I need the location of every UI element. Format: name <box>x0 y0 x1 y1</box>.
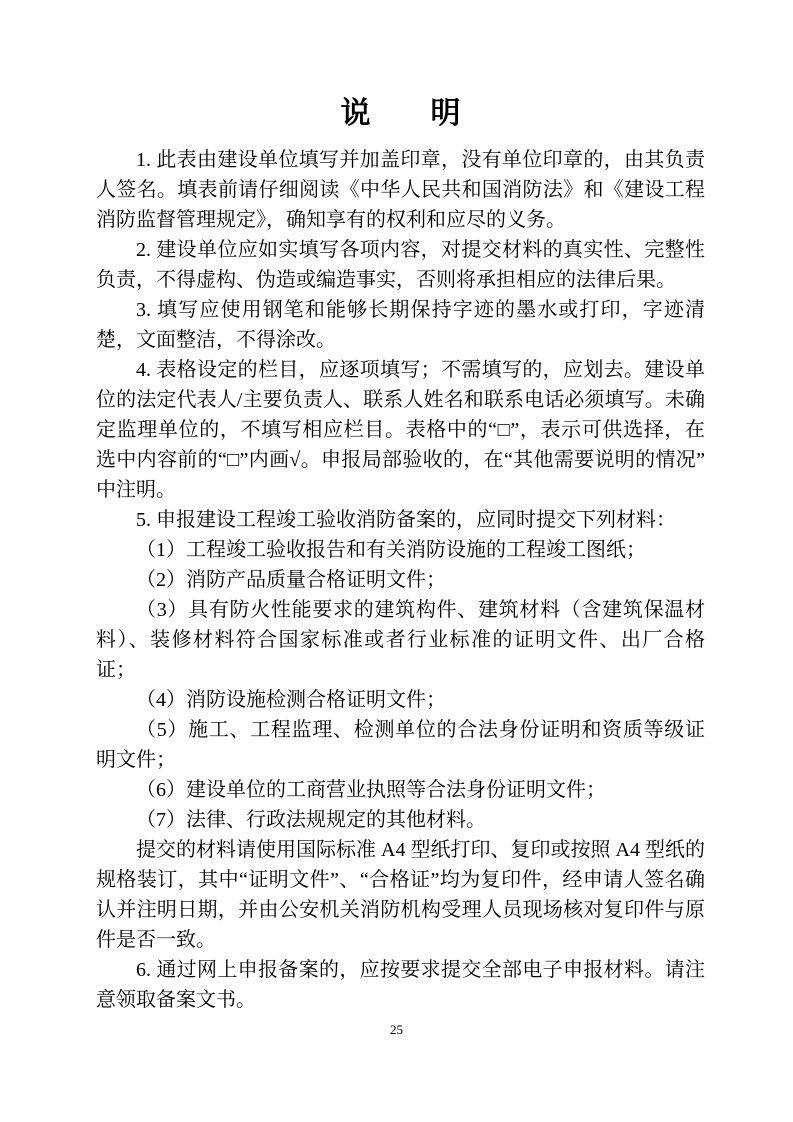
material-item-5: （5）施工、工程监理、检测单位的合法身份证明和资质等级证明文件； <box>96 715 705 775</box>
note-3: 3. 填写应使用钢笔和能够长期保持字迹的墨水或打印，字迹清楚，文面整洁，不得涂改… <box>96 295 705 355</box>
material-item-6: （6）建设单位的工商营业执照等合法身份证明文件； <box>96 775 705 805</box>
note-2: 2. 建设单位应如实填写各项内容，对提交材料的真实性、完整性负责，不得虚构、伪造… <box>96 235 705 295</box>
material-item-4: （4）消防设施检测合格证明文件； <box>96 685 705 715</box>
page-number: 25 <box>0 1022 793 1038</box>
material-item-1: （1）工程竣工验收报告和有关消防设施的工程竣工图纸； <box>96 535 705 565</box>
page-title: 说 明 <box>96 96 705 132</box>
materials-format-note: 提交的材料请使用国际标准 A4 型纸打印、复印或按照 A4 型纸的规格装订，其中… <box>96 835 705 955</box>
note-5: 5. 申报建设工程竣工验收消防备案的，应同时提交下列材料： <box>96 505 705 535</box>
material-item-2: （2）消防产品质量合格证明文件； <box>96 565 705 595</box>
note-1: 1. 此表由建设单位填写并加盖印章，没有单位印章的，由其负责人签名。填表前请仔细… <box>96 145 705 235</box>
material-item-3: （3）具有防火性能要求的建筑构件、建筑材料（含建筑保温材料）、装修材料符合国家标… <box>96 595 705 685</box>
document-page: 说 明 1. 此表由建设单位填写并加盖印章，没有单位印章的，由其负责人签名。填表… <box>0 0 793 1122</box>
instructions-body: 1. 此表由建设单位填写并加盖印章，没有单位印章的，由其负责人签名。填表前请仔细… <box>96 145 705 1015</box>
note-4: 4. 表格设定的栏目，应逐项填写；不需填写的，应划去。建设单位的法定代表人/主要… <box>96 355 705 505</box>
material-item-7: （7）法律、行政法规规定的其他材料。 <box>96 805 705 835</box>
note-6: 6. 通过网上申报备案的，应按要求提交全部电子申报材料。请注意领取备案文书。 <box>96 955 705 1015</box>
